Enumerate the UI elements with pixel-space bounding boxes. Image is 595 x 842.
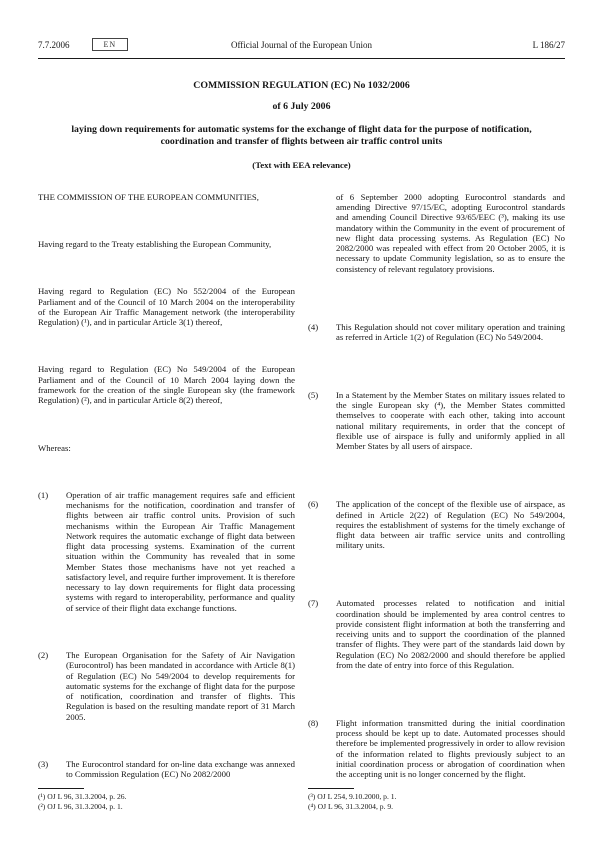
recital-text: The European Organisation for the Safety…: [66, 650, 295, 722]
running-header: 7.7.2006 EN Official Journal of the Euro…: [38, 38, 565, 51]
language-badge: EN: [92, 38, 129, 51]
header-left-group: 7.7.2006 EN: [38, 38, 188, 51]
journal-title: Official Journal of the European Union: [188, 40, 415, 50]
recital-number: (5): [308, 390, 336, 452]
recital-3: (3) The Eurocontrol standard for on-line…: [38, 759, 295, 780]
title-block: COMMISSION REGULATION (EC) No 1032/2006 …: [38, 80, 565, 170]
document-page: 7.7.2006 EN Official Journal of the Euro…: [0, 0, 595, 842]
eea-relevance-note: (Text with EEA relevance): [38, 160, 565, 170]
recital-8: (8) Flight information transmitted durin…: [308, 718, 565, 780]
header-date: 7.7.2006: [38, 40, 70, 50]
recital-text: In a Statement by the Member States on m…: [336, 390, 565, 452]
footnote-rule: [308, 788, 354, 789]
footnote: (³) OJ L 254, 9.10.2000, p. 1.: [308, 792, 565, 802]
right-footnotes: (³) OJ L 254, 9.10.2000, p. 1. (⁴) OJ L …: [308, 788, 565, 811]
recital-3-continuation: of 6 September 2000 adopting Eurocontrol…: [336, 192, 565, 274]
recital-5: (5) In a Statement by the Member States …: [308, 390, 565, 452]
preamble-paragraph: Having regard to Regulation (EC) No 549/…: [38, 364, 295, 405]
recital-number: (2): [38, 650, 66, 722]
right-column-main: of 6 September 2000 adopting Eurocontrol…: [308, 192, 565, 780]
recital-text: Flight information transmitted during th…: [336, 718, 565, 780]
page-reference: L 186/27: [415, 40, 565, 50]
regulation-date: of 6 July 2006: [38, 101, 565, 112]
recital-text: This Regulation should not cover militar…: [336, 322, 565, 343]
recital-number: (1): [38, 490, 66, 613]
page-content: 7.7.2006 EN Official Journal of the Euro…: [38, 38, 565, 812]
recital-number: (8): [308, 718, 336, 780]
two-column-body: THE COMMISSION OF THE EUROPEAN COMMUNITI…: [38, 192, 565, 812]
recital-2: (2) The European Organisation for the Sa…: [38, 650, 295, 722]
left-column-main: THE COMMISSION OF THE EUROPEAN COMMUNITI…: [38, 192, 295, 780]
recital-4: (4) This Regulation should not cover mil…: [308, 322, 565, 343]
footnote: (¹) OJ L 96, 31.3.2004, p. 26.: [38, 792, 295, 802]
recital-number: (4): [308, 322, 336, 343]
whereas-label: Whereas:: [38, 443, 295, 453]
recital-6: (6) The application of the concept of th…: [308, 499, 565, 550]
recital-number: (3): [38, 759, 66, 780]
recital-text: The application of the concept of the fl…: [336, 499, 565, 550]
regulation-subtitle: laying down requirements for automatic s…: [67, 124, 537, 148]
right-column: of 6 September 2000 adopting Eurocontrol…: [308, 192, 565, 812]
footnote: (²) OJ L 96, 31.3.2004, p. 1.: [38, 802, 295, 812]
recital-text: Automated processes related to notificat…: [336, 598, 565, 670]
left-column: THE COMMISSION OF THE EUROPEAN COMMUNITI…: [38, 192, 295, 812]
preamble-opening: THE COMMISSION OF THE EUROPEAN COMMUNITI…: [38, 192, 295, 202]
recital-number: (7): [308, 598, 336, 670]
recital-1: (1) Operation of air traffic management …: [38, 490, 295, 613]
footnote: (⁴) OJ L 96, 31.3.2004, p. 9.: [308, 802, 565, 812]
preamble-paragraph: Having regard to Regulation (EC) No 552/…: [38, 286, 295, 327]
footnote-rule: [38, 788, 84, 789]
header-rule: [38, 58, 565, 59]
left-footnotes: (¹) OJ L 96, 31.3.2004, p. 26. (²) OJ L …: [38, 788, 295, 811]
recital-7: (7) Automated processes related to notif…: [308, 598, 565, 670]
regulation-title: COMMISSION REGULATION (EC) No 1032/2006: [38, 80, 565, 91]
recital-text: The Eurocontrol standard for on-line dat…: [66, 759, 295, 780]
recital-text: Operation of air traffic management requ…: [66, 490, 295, 613]
recital-number: (6): [308, 499, 336, 550]
preamble-paragraph: Having regard to the Treaty establishing…: [38, 239, 295, 249]
